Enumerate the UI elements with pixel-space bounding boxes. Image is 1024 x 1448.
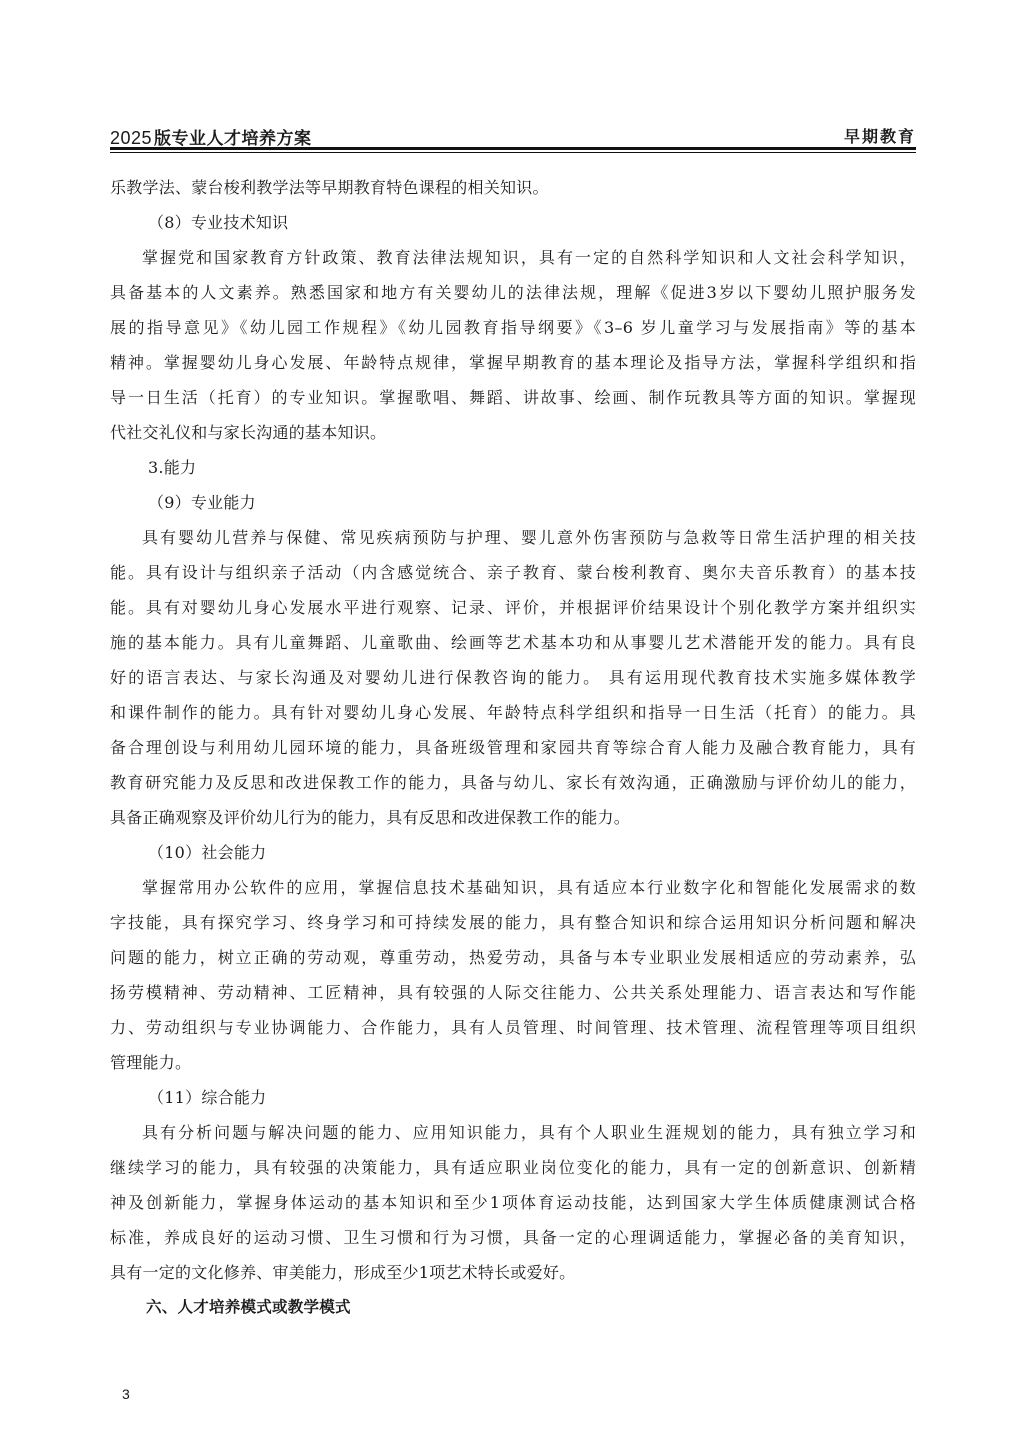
paragraph-line: 字技能，具有探究学习、终身学习和可持续发展的能力，具有整合知识和综合运用知识分析… bbox=[110, 905, 916, 940]
paragraph-line: 能。具有设计与组织亲子活动（内含感觉统合、亲子教育、蒙台梭利教育、奥尔夫音乐教育… bbox=[110, 555, 916, 590]
paragraph-last-line: 具有一定的文化修养、审美能力，形成至少1项艺术特长或爱好。 bbox=[110, 1255, 916, 1290]
paragraph-last-line: 代社交礼仪和与家长沟通的基本知识。 bbox=[110, 415, 916, 450]
paragraph-first-line: 掌握党和国家教育方针政策、教育法律法规知识，具有一定的自然科学知识和人文社会科学… bbox=[110, 240, 916, 275]
header-rule-thin bbox=[110, 152, 916, 153]
header-rule-thick bbox=[110, 147, 916, 150]
paragraph-line: 教育研究能力及反思和改进保教工作的能力，具备与幼儿、家长有效沟通，正确激励与评价… bbox=[110, 765, 916, 800]
paragraph-last-line: 具备正确观察及评价幼儿行为的能力，具有反思和改进保教工作的能力。 bbox=[110, 800, 916, 835]
header-document-title: 2025版专业人才培养方案 bbox=[110, 124, 312, 149]
paragraph-line: 力、劳动组织与专业协调能力、合作能力，具有人员管理、时间管理、技术管理、流程管理… bbox=[110, 1010, 916, 1045]
header-title: 版专业人才培养方案 bbox=[154, 129, 312, 149]
paragraph-first-line: 具有分析问题与解决问题的能力、应用知识能力，具有个人职业生涯规划的能力，具有独立… bbox=[110, 1115, 916, 1150]
subsection-heading: （8）专业技术知识 bbox=[110, 205, 916, 240]
paragraph-last-line: 管理能力。 bbox=[110, 1045, 916, 1080]
paragraph-line: 施的基本能力。具有儿童舞蹈、儿童歌曲、绘画等艺术基本功和从事婴儿艺术潜能开发的能… bbox=[110, 625, 916, 660]
running-header: 2025版专业人才培养方案 早期教育 bbox=[110, 124, 916, 148]
subsection-heading: （10）社会能力 bbox=[110, 835, 916, 870]
paragraph-line: 能。具有对婴幼儿身心发展水平进行观察、记录、评价，并根据评价结果设计个别化教学方… bbox=[110, 590, 916, 625]
subsection-heading: 3.能力 bbox=[110, 450, 916, 485]
paragraph-line: 和课件制作的能力。具有针对婴幼儿身心发展、年龄特点科学组织和指导一日生活（托育）… bbox=[110, 695, 916, 730]
paragraph-line: 精神。掌握婴幼儿身心发展、年龄特点规律，掌握早期教育的基本理论及指导方法，掌握科… bbox=[110, 345, 916, 380]
paragraph-line: 好的语言表达、与家长沟通及对婴幼儿进行保教咨询的能力。 具有运用现代教育技术实施… bbox=[110, 660, 916, 695]
paragraph-line: 备合理创设与利用幼儿园环境的能力，具备班级管理和家园共育等综合育人能力及融合教育… bbox=[110, 730, 916, 765]
paragraph-line: 展的指导意见》《幼儿园工作规程》《幼儿园教育指导纲要》《3–6 岁儿童学习与发展… bbox=[110, 310, 916, 345]
paragraph-line: 标准，养成良好的运动习惯、卫生习惯和行为习惯，具备一定的心理调适能力，掌握必备的… bbox=[110, 1220, 916, 1255]
document-body: 乐教学法、蒙台梭利教学法等早期教育特色课程的相关知识。（8）专业技术知识掌握党和… bbox=[110, 170, 916, 1325]
paragraph-line: 扬劳模精神、劳动精神、工匠精神，具有较强的人际交往能力、公共关系处理能力、语言表… bbox=[110, 975, 916, 1010]
paragraph-last-line: 乐教学法、蒙台梭利教学法等早期教育特色课程的相关知识。 bbox=[110, 170, 916, 205]
paragraph-first-line: 具有婴幼儿营养与保健、常见疾病预防与护理、婴儿意外伤害预防与急救等日常生活护理的… bbox=[110, 520, 916, 555]
subsection-heading: （9）专业能力 bbox=[110, 485, 916, 520]
paragraph-line: 问题的能力，树立正确的劳动观，尊重劳动，热爱劳动，具备与本专业职业发展相适应的劳… bbox=[110, 940, 916, 975]
paragraph-line: 继续学习的能力，具有较强的决策能力，具有适应职业岗位变化的能力，具有一定的创新意… bbox=[110, 1150, 916, 1185]
page-number: 3 bbox=[122, 1386, 130, 1402]
header-year: 2025 bbox=[110, 128, 152, 148]
section-heading: 六、人才培养模式或教学模式 bbox=[110, 1290, 916, 1325]
paragraph-line: 导一日生活（托育）的专业知识。掌握歌唱、舞蹈、讲故事、绘画、制作玩教具等方面的知… bbox=[110, 380, 916, 415]
paragraph-first-line: 掌握常用办公软件的应用，掌握信息技术基础知识，具有适应本行业数字化和智能化发展需… bbox=[110, 870, 916, 905]
header-section-name: 早期教育 bbox=[844, 124, 916, 147]
paragraph-line: 具备基本的人文素养。熟悉国家和地方有关婴幼儿的法律法规，理解《促进3岁以下婴幼儿… bbox=[110, 275, 916, 310]
subsection-heading: （11）综合能力 bbox=[110, 1080, 916, 1115]
paragraph-line: 神及创新能力，掌握身体运动的基本知识和至少1项体育运动技能，达到国家大学生体质健… bbox=[110, 1185, 916, 1220]
